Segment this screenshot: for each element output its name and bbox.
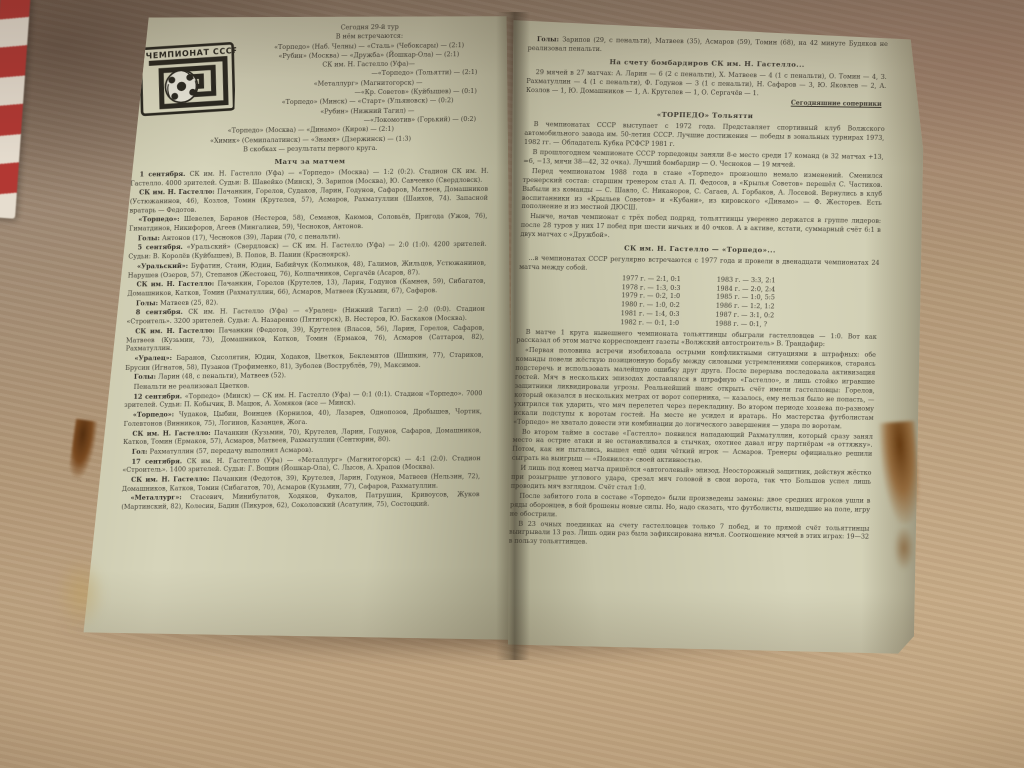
match-report-paragraph: СК им. Н. Гастелло: Пачанкин, Горелов, С… bbox=[130, 185, 489, 215]
h2h-story-paragraph: И лишь под конец матча пришёлся «автогол… bbox=[511, 464, 872, 496]
match-reports: 1 сентября. СК им. Н. Гастелло (Уфа) — «… bbox=[121, 167, 489, 512]
goals-paragraph: Голы: Зарипов (29, с пенальти), Матвеев … bbox=[527, 35, 888, 58]
h2h-story-paragraph: После забитого гола в составе «Торпедо» … bbox=[510, 492, 871, 524]
match-report-paragraph: СК им. Н. Гастелло: Пачанкин (Федотов, 3… bbox=[126, 324, 485, 354]
right-page-content: Голы: Зарипов (29, с пенальти), Матвеев … bbox=[508, 35, 888, 552]
torpedo-paragraph: Перед чемпионатом 1988 года в стане «Тор… bbox=[521, 167, 883, 217]
h2h-story-paragraph: В 23 очных поединках на счету гастелловц… bbox=[509, 519, 870, 551]
h2h-story-paragraph: «Первая половина встречи изобиловала ост… bbox=[513, 346, 876, 431]
head-to-head-table: 1977 г. — 2:1, 0:11978 г. — 1:3, 0:31979… bbox=[517, 273, 879, 331]
h2h-column-left: 1977 г. — 2:1, 0:11978 г. — 1:3, 0:31979… bbox=[620, 274, 681, 328]
left-page: ЧЕМПИОНАТ СССР bbox=[65, 14, 514, 647]
h2h-column-right: 1983 г. — 3:3, 2:11984 г. — 2:0, 2:41985… bbox=[715, 275, 776, 329]
h2h-row: 1987 г. — 3:1, 0:2 bbox=[715, 311, 774, 321]
left-page-content: ЧЕМПИОНАТ СССР bbox=[121, 22, 493, 513]
h2h-row: 1983 г. — 3:3, 2:1 bbox=[717, 275, 776, 285]
h2h-story-paragraph: Во втором тайме в составе «Гастелло» поя… bbox=[512, 427, 873, 468]
torpedo-paragraph: В чемпионатах СССР выступает с 1972 года… bbox=[524, 120, 885, 152]
head-to-head-story: В матче 1 круга нынешнего чемпионата тол… bbox=[509, 327, 877, 551]
h2h-row: 1977 г. — 2:1, 0:1 bbox=[622, 274, 681, 284]
right-page: Голы: Зарипов (29, с пенальти), Матвеев … bbox=[507, 19, 926, 655]
h2h-row: 1988 г. — 0:1, ? bbox=[715, 319, 774, 329]
open-booklet: ЧЕМПИОНАТ СССР bbox=[50, 8, 930, 663]
scorers-paragraph: 29 мячей в 27 матчах: А. Ларин — 6 (2 с … bbox=[526, 68, 887, 100]
torpedo-paragraph: Нынче, начав чемпионат с трёх побед подр… bbox=[520, 212, 881, 244]
goals-continuation: Голы: Зарипов (29, с пенальти), Матвеев … bbox=[527, 35, 888, 58]
torpedo-profile: В чемпионатах СССР выступает с 1972 года… bbox=[520, 120, 884, 244]
striped-object bbox=[0, 0, 31, 219]
scorers-list: 29 мячей в 27 матчах: А. Ларин — 6 (2 с … bbox=[526, 68, 887, 100]
photo-of-booklet: ЧЕМПИОНАТ СССР bbox=[0, 0, 1024, 768]
championship-logo: ЧЕМПИОНАТ СССР bbox=[138, 39, 236, 118]
match-report-paragraph: «Металлург»: Стасевич, Минибулатов, Ходя… bbox=[121, 490, 479, 511]
h2h-row: 1982 г. — 0:1, 1:0 bbox=[620, 318, 679, 328]
logo-graphic: ЧЕМПИОНАТ СССР bbox=[138, 39, 236, 118]
